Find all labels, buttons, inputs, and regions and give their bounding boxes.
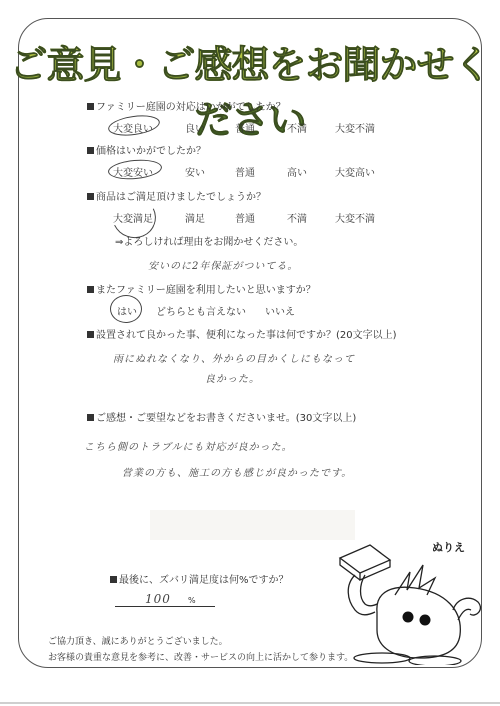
option-dissatisfied[interactable]: 不満: [287, 210, 307, 225]
mascot-illustration: [335, 540, 485, 665]
question-product: 商品はご満足頂けましたでしょうか？: [87, 188, 266, 203]
option-very-expensive[interactable]: 大変高い: [335, 164, 375, 179]
bullet-square-icon: [87, 331, 94, 338]
question-label: 設置されて良かった事、便利になった事は何ですか？(20文字以上): [96, 330, 397, 341]
question-price: 価格はいかがでしたか？: [87, 142, 206, 157]
option-very-dissatisfied[interactable]: 大変不満: [335, 120, 375, 135]
option-no[interactable]: いいえ: [265, 303, 295, 318]
bullet-square-icon: [87, 193, 94, 200]
option-very-dissatisfied[interactable]: 大変不満: [335, 210, 375, 225]
handwritten-comment-line-2[interactable]: 営業の方も、施工の方も感じが良かったです。: [122, 464, 352, 479]
handwritten-answer-line-1[interactable]: 雨にぬれなくなり、外からの目かくしにもなって: [113, 350, 355, 365]
followup-prompt: ⇒よろしければ理由をお聞かせください。: [115, 233, 303, 248]
percent-unit: %: [188, 596, 196, 605]
question-reuse: またファミリー庭園を利用したいと思いますか？: [87, 281, 316, 296]
mascot-eye-icon: [420, 615, 431, 626]
closing-message: お客様の貴重な意見を参考に、改善・サービスの向上に活かして参ります。: [48, 650, 353, 663]
option-good[interactable]: 良い: [185, 120, 205, 135]
question-comments: ご感想・ご要望などをお書きくださいませ。(30文字以上): [87, 409, 356, 424]
redacted-area: [150, 510, 355, 540]
question-label: ファミリー庭園の対応はいかがでしたか？: [96, 102, 286, 113]
handwritten-answer-line-2[interactable]: 良かった。: [205, 370, 260, 385]
option-expensive[interactable]: 高い: [287, 164, 307, 179]
option-neither[interactable]: どちらとも言えない: [156, 303, 246, 318]
handwritten-answer[interactable]: 安いのに2年保証がついてる。: [148, 257, 298, 272]
option-dissatisfied[interactable]: 不満: [287, 120, 307, 135]
question-service: ファミリー庭園の対応はいかがでしたか？: [87, 98, 286, 113]
question-label: 最後に、ズバリ満足度は何%ですか？: [119, 575, 289, 586]
option-normal[interactable]: 普通: [235, 210, 255, 225]
option-satisfied[interactable]: 満足: [185, 210, 205, 225]
question-label: 価格はいかがでしたか？: [96, 146, 206, 157]
closing-thanks: ご協力頂き、誠にありがとうございました。: [48, 634, 228, 647]
mascot-eye-icon: [403, 612, 414, 623]
question-label: ご感想・ご要望などをお書きくださいませ。(30文字以上): [96, 413, 356, 424]
satisfaction-value[interactable]: 100: [145, 592, 171, 606]
question-benefits: 設置されて良かった事、便利になった事は何ですか？(20文字以上): [87, 326, 397, 341]
option-normal[interactable]: 普通: [235, 164, 255, 179]
bullet-square-icon: [87, 103, 94, 110]
options-reuse: はい どちらとも言えない いいえ: [117, 303, 417, 317]
options-product: 大変満足 満足 普通 不満 大変不満: [113, 210, 413, 224]
divider: [0, 702, 500, 704]
option-cheap[interactable]: 安い: [185, 164, 205, 179]
bullet-square-icon: [87, 147, 94, 154]
bullet-square-icon: [110, 576, 117, 583]
selection-circle: [110, 295, 142, 323]
answer-underline: [115, 606, 215, 607]
question-satisfaction: 最後に、ズバリ満足度は何%ですか？: [110, 571, 289, 586]
option-normal[interactable]: 普通: [235, 120, 255, 135]
bullet-square-icon: [87, 286, 94, 293]
bullet-square-icon: [87, 414, 94, 421]
handwritten-comment-line-1[interactable]: こちら側のトラブルにも対応が良かった。: [84, 438, 293, 453]
